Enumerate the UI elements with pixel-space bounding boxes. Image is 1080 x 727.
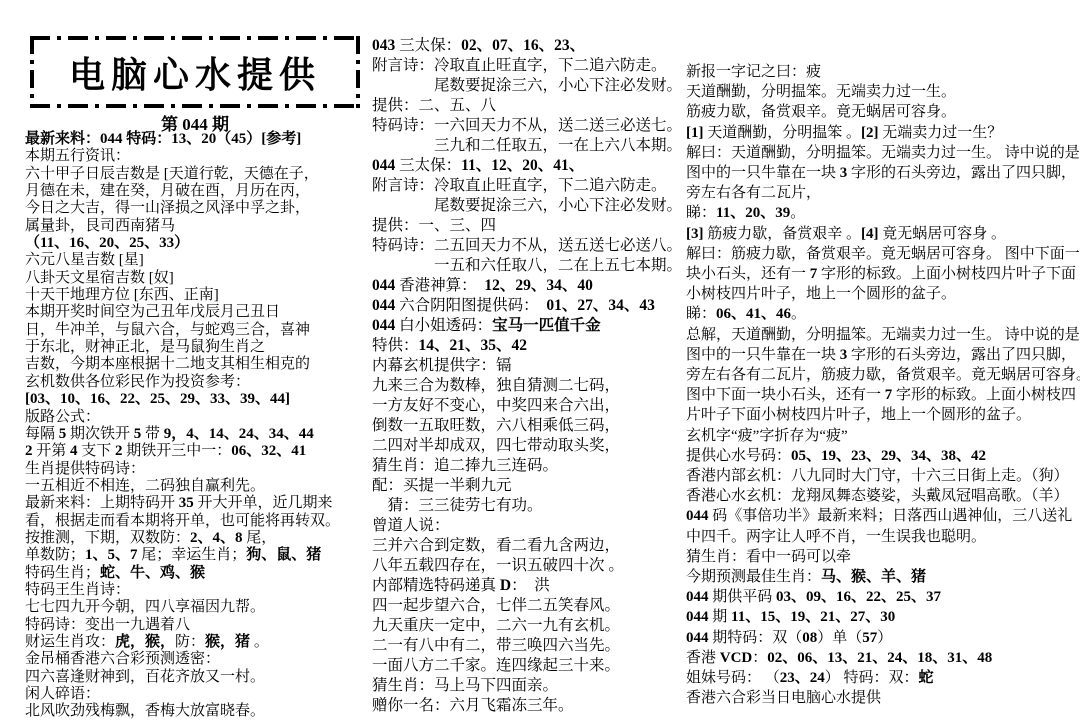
text-line: 猜生肖：马上马下四面亲。 bbox=[372, 676, 684, 696]
text-line: 香港六合彩当日电脑心水提供 bbox=[686, 688, 1080, 708]
text-line: 单数防；1、5、7 尾；幸运生肖；狗、鼠、猪 bbox=[25, 547, 373, 564]
text-segment: 六元八星吉数 [星] bbox=[25, 252, 144, 268]
text-segment: 尾， bbox=[243, 530, 277, 546]
text-segment: 提供：二、五、八 bbox=[372, 97, 496, 114]
text-line: 睇：11、20、39。 bbox=[686, 203, 1080, 223]
text-segment: 单数防； bbox=[25, 547, 85, 563]
text-line: 一五相近不相连，二码独自赢利先。 bbox=[25, 478, 373, 495]
text-segment: 六合阴阳图提供码： bbox=[395, 297, 546, 314]
text-line: 八年五载四存在，一识五破四十次 。 bbox=[372, 556, 684, 576]
text-segment: 三太保： bbox=[395, 37, 461, 54]
text-segment-bold: 57 bbox=[862, 630, 877, 646]
text-segment: 白小姐透码： bbox=[395, 317, 492, 334]
text-segment: 每隔 bbox=[25, 426, 59, 442]
text-segment: 旁左右各有二瓦片，筋疲力歇，备赏艰辛。竟无蜗居可容身。 bbox=[686, 367, 1080, 383]
text-line: 043 三太保：02、07、16、23、 bbox=[372, 36, 684, 56]
text-segment: 特码诗：一六回天力不从，送二送三必送七。 bbox=[372, 117, 682, 134]
text-line: 猜生肖：看中一码可以牵 bbox=[686, 547, 1080, 567]
text-line: 睇：06、41、46。 bbox=[686, 304, 1080, 324]
text-segment: 三并六合到定数，看二看九含两边， bbox=[372, 537, 620, 554]
text-line: 附言诗：冷取直止旺直字，下二追六防走。 bbox=[372, 176, 684, 196]
text-segment-bold: 蛇、牛、鸡、猴 bbox=[100, 565, 205, 581]
text-line: 姐妹号码： （23、24） 特码：双：蛇 bbox=[686, 668, 1080, 688]
text-segment-bold: 06、32、41 bbox=[231, 443, 306, 459]
text-segment-bold: 044 bbox=[372, 157, 395, 174]
text-segment: 提供：一、三、四 bbox=[372, 217, 496, 234]
text-segment-bold: 4 bbox=[70, 443, 78, 459]
text-line: 内幕玄机提供字：镉 bbox=[372, 356, 684, 376]
text-line: 今日之大吉，得一山泽损之风泽中孚之卦， bbox=[25, 200, 373, 217]
text-segment: 金吊桶香港六合彩预测透密： bbox=[25, 651, 220, 667]
text-segment: 四一起步望六合，七伴二五笑春风。 bbox=[372, 597, 620, 614]
text-segment-bold: 虎，猴， bbox=[115, 634, 175, 650]
text-segment: 一五相近不相连，二码独自赢利先。 bbox=[25, 478, 265, 494]
text-line: 尾数要捉涂三六，小心下注必发财。 bbox=[372, 196, 684, 216]
text-segment: ： bbox=[752, 650, 767, 666]
text-segment: 吉数，今期本座根据十二地支其相生相克的 bbox=[25, 356, 310, 372]
text-segment: 玄机字“疲”字折存为“疲” bbox=[686, 428, 848, 444]
text-line: 尾数要捉涂三六，小心下注必发财。 bbox=[372, 76, 684, 96]
text-segment: 开第 bbox=[33, 443, 71, 459]
text-line: 四六喜逢财神到，百花齐放又一村。 bbox=[25, 669, 373, 686]
text-segment: 版路公式： bbox=[25, 409, 100, 425]
text-line: 044 六合阴阳图提供码： 01、27、34、43 bbox=[372, 296, 684, 316]
text-segment: 猜生肖：马上马下四面亲。 bbox=[372, 677, 558, 694]
text-segment-bold: 宝马一匹值千金 bbox=[492, 317, 601, 334]
text-segment-bold: 02、07、16、23、 bbox=[461, 37, 585, 54]
text-segment: 无端卖力过一生？ bbox=[879, 125, 1003, 141]
text-segment: 八年五载四存在，一识五破四十次 。 bbox=[372, 557, 624, 574]
text-line: 中四千。两字让人呼不肖，一生误我也聪明。 bbox=[686, 527, 1080, 547]
text-segment-bold: 043 bbox=[372, 37, 395, 54]
text-segment: 提供心水号码： bbox=[686, 448, 791, 464]
text-line: 财运生肖攻：虎，猴，防：猴，猪 。 bbox=[25, 634, 373, 651]
text-line: 玄机数供各位彩民作为投资参考： bbox=[25, 374, 373, 391]
text-line: 提供心水号码：05、19、23、29、34、38、42 bbox=[686, 446, 1080, 466]
text-segment: ）单（ bbox=[817, 630, 862, 646]
text-segment: 竟无蜗居可容身 。 bbox=[879, 226, 1007, 242]
text-line: [1] 天道酬勤，分明揾笨 。[2] 无端卖力过一生？ bbox=[686, 123, 1080, 143]
text-segment: 内部精选特码递真 bbox=[372, 577, 500, 594]
text-segment: 香港 bbox=[686, 650, 720, 666]
text-segment: 期 bbox=[709, 609, 732, 625]
text-segment-bold: 03、09、16、22、25、37 bbox=[776, 589, 941, 605]
text-line: 八卦天文星宿吉数 [奴] bbox=[25, 270, 373, 287]
text-line: 044 白小姐透码：宝马一匹值千金 bbox=[372, 316, 684, 336]
text-segment: 于东北，财神正北，是马鼠狗生肖之 bbox=[25, 339, 265, 355]
text-line: 图中的一只牛靠在一块 3 字形的石头旁边，露出了四只脚， bbox=[686, 163, 1080, 183]
text-segment-bold: 23、24 bbox=[780, 670, 825, 686]
text-segment: 字形的石头旁边，露出了四只脚， bbox=[847, 347, 1076, 363]
text-segment: 码《事倍功半》最新来料；日落西山遇神仙，三八送礼 bbox=[709, 508, 1073, 524]
text-segment: 今期预测最佳生肖： bbox=[686, 569, 821, 585]
text-segment-bold: 06、41、46 bbox=[716, 306, 791, 322]
text-line: 九天重庆一定中，二六一九有玄机。 bbox=[372, 616, 684, 636]
text-segment-bold: 2 bbox=[25, 443, 33, 459]
text-segment: 尾；幸运生肖； bbox=[138, 547, 247, 563]
text-segment: 一面八方二千家。连四缘起三十来。 bbox=[372, 657, 620, 674]
page-title: 电脑心水提供 bbox=[30, 36, 360, 108]
text-segment: 字形的石头旁边，露出了四只脚， bbox=[847, 165, 1076, 181]
text-segment: 图中下面一块小石头，还有一 bbox=[686, 387, 885, 403]
text-segment-bold: [03、10、16、22、25、29、33、39、44] bbox=[25, 391, 290, 407]
text-segment: 北风吹劲残梅飘，香梅大放富晓春。 bbox=[25, 703, 265, 719]
text-segment: 图中的一只牛靠在一块 bbox=[686, 347, 840, 363]
text-line: 配：买提一半剩九元 bbox=[372, 476, 684, 496]
text-line: 2 开第 4 支下 2 期铁开三中一：06、32、41 bbox=[25, 443, 373, 460]
text-segment: 支下 bbox=[78, 443, 116, 459]
text-segment: 解曰：天道酬勤，分明揾笨。无端卖力过一生。 诗中说的是 bbox=[686, 145, 1080, 161]
text-segment: 期次铁开 bbox=[66, 426, 134, 442]
text-line: 特码诗：二五回天力不从，送五送七必送八。 bbox=[372, 236, 684, 256]
text-segment: 七七四九开今朝，四八享福因九帮。 bbox=[25, 599, 265, 615]
text-segment: 特码诗：二五回天力不从，送五送七必送八。 bbox=[372, 237, 682, 254]
text-line: 一五和六任取八，二在上五七本期。 bbox=[372, 256, 684, 276]
text-segment-bold: 044 bbox=[372, 317, 395, 334]
text-segment-bold: 01、27、34、43 bbox=[546, 297, 655, 314]
text-segment: 三九和二任取五，一在上六八本期。 bbox=[372, 137, 682, 154]
text-segment: 总解，天道酬勤，分明揾笨。无端卖力过一生。 诗中说的是 bbox=[686, 327, 1080, 343]
text-segment: 赠你一名：六月飞霜冻三年。 bbox=[372, 697, 574, 714]
text-line: 看，根据走而看本期将开单，也可能将再转双。 bbox=[25, 513, 373, 530]
text-segment: 九来三合为数棒，独自猜测二七码， bbox=[372, 377, 620, 394]
text-segment: 期特码：双（ bbox=[709, 630, 803, 646]
text-line: 日，牛冲羊，与鼠六合，与蛇鸡三合，喜神 bbox=[25, 322, 373, 339]
text-segment-bold: 蛇 bbox=[919, 670, 934, 686]
text-line: 一面八方二千家。连四缘起三十来。 bbox=[372, 656, 684, 676]
text-line: 新报一字记之曰：疲 bbox=[686, 62, 1080, 82]
text-segment: 。 bbox=[250, 634, 269, 650]
text-segment-bold: 11、12、20、41、 bbox=[461, 157, 584, 174]
text-segment: 尾数要捉涂三六，小心下注必发财。 bbox=[372, 77, 682, 94]
text-segment-bold: 2、4、8 bbox=[190, 530, 243, 546]
text-segment: 期铁开三中一： bbox=[123, 443, 232, 459]
text-line: 解曰：天道酬勤，分明揾笨。无端卖力过一生。 诗中说的是 bbox=[686, 143, 1080, 163]
text-line: 按推测，下期，双数防：2、4、8 尾， bbox=[25, 530, 373, 547]
text-segment: 按推测，下期，双数防： bbox=[25, 530, 190, 546]
text-segment: 猜生肖：追二捧九三连码。 bbox=[372, 457, 558, 474]
text-line: 044 三太保：11、12、20、41、 bbox=[372, 156, 684, 176]
text-line: 块小石头，还有一 7 字形的标致。上面小树枝四片叶子下面 bbox=[686, 264, 1080, 284]
text-segment-bold: [3] bbox=[686, 226, 704, 242]
text-segment: 本期五行资讯： bbox=[25, 148, 130, 164]
text-segment: 睇： bbox=[686, 205, 716, 221]
text-line: 三并六合到定数，看二看九含两边， bbox=[372, 536, 684, 556]
text-line: 044 期 11、15、19、21、27、30 bbox=[686, 607, 1080, 627]
text-segment: 睇： bbox=[686, 306, 716, 322]
text-segment-bold: [4] bbox=[861, 226, 879, 242]
text-line: 曾道人说： bbox=[372, 516, 684, 536]
text-line: 特码诗：一六回天力不从，送二送三必送七。 bbox=[372, 116, 684, 136]
text-line: 每隔 5 期次铁开 5 带 9，4、14、24、34、44 bbox=[25, 426, 373, 443]
text-segment: 图中的一只牛靠在一块 bbox=[686, 165, 840, 181]
text-segment: 。 bbox=[790, 205, 805, 221]
text-segment: 八卦天文星宿吉数 [奴] bbox=[25, 270, 174, 286]
text-segment: 防： bbox=[175, 634, 205, 650]
text-line: 旁左右各有二瓦片，筋疲力歇，备赏艰辛。竟无蜗居可容身。 bbox=[686, 365, 1080, 385]
text-line: 图中下面一块小石头，还有一 7 字形的标致。上面小树枝四 bbox=[686, 385, 1080, 405]
text-line: 044 码《事倍功半》最新来料；日落西山遇神仙，三八送礼 bbox=[686, 506, 1080, 526]
text-line: 044 期供平码 03、09、16、22、25、37 bbox=[686, 587, 1080, 607]
text-line: 提供：二、五、八 bbox=[372, 96, 684, 116]
text-segment: 猜生肖：看中一码可以牵 bbox=[686, 549, 851, 565]
text-segment: 六十甲子日辰吉数是 [天道行乾，天德在子， bbox=[25, 166, 319, 182]
text-segment: 一方友好不变心，中奖四来合六出， bbox=[372, 397, 620, 414]
text-line: 044 期特码：双（08）单（57） bbox=[686, 628, 1080, 648]
text-line: 044 香港神算： 12、29、34、40 bbox=[372, 276, 684, 296]
text-segment-bold: VCD bbox=[720, 650, 753, 666]
text-segment: 字形的标致。上面小树枝四片叶子下面 bbox=[817, 266, 1076, 282]
text-segment: 。 bbox=[791, 306, 806, 322]
text-line: 香港 VCD：02、06、13、21、24、18、31、48 bbox=[686, 648, 1080, 668]
text-segment: 筋疲力歇，备赏艰辛。竟无蜗居可容身。 bbox=[686, 104, 956, 120]
text-line: 二四对半却成双，四七带动取头奖， bbox=[372, 436, 684, 456]
text-segment: 字形的标致。上面小树枝四 bbox=[892, 387, 1076, 403]
text-segment: 附言诗：冷取直止旺直字，下二追六防走。 bbox=[372, 177, 667, 194]
text-segment: 小树枝四片叶子，地上一个圆形的盆子。 bbox=[686, 286, 956, 302]
text-line: 图中的一只牛靠在一块 3 字形的石头旁边，露出了四只脚， bbox=[686, 345, 1080, 365]
text-segment-bold: 2 bbox=[115, 443, 123, 459]
text-line: 六元八星吉数 [星] bbox=[25, 252, 373, 269]
text-line: 于东北，财神正北，是马鼠狗生肖之 bbox=[25, 339, 373, 356]
text-segment: 玄机数供各位彩民作为投资参考： bbox=[25, 374, 250, 390]
text-segment: 天道酬勤，分明揾笨 。 bbox=[704, 125, 862, 141]
text-line: 闲人碎语： bbox=[25, 686, 373, 703]
title-box: 电脑心水提供 bbox=[30, 36, 360, 108]
text-segment: 香港内部玄机：八九同时大门守，十六三日街上走。（狗） bbox=[686, 468, 1069, 484]
text-segment-bold: 044 bbox=[686, 609, 709, 625]
text-segment: 闲人碎语： bbox=[25, 686, 100, 702]
text-segment-bold: D bbox=[500, 577, 511, 594]
text-segment-bold: 044 bbox=[686, 630, 709, 646]
text-segment: ： 洪 bbox=[511, 577, 550, 594]
text-line: 旁左右各有二瓦片， bbox=[686, 183, 1080, 203]
text-segment: 附言诗：冷取直止旺直字，下二追六防走。 bbox=[372, 57, 667, 74]
text-segment: 尾数要捉涂三六，小心下注必发财。 bbox=[372, 197, 682, 214]
text-line: 版路公式： bbox=[25, 409, 373, 426]
text-segment: 特码诗：变出一九遇着八 bbox=[25, 617, 190, 633]
text-segment: ） bbox=[877, 630, 892, 646]
text-segment: 特供： bbox=[372, 337, 419, 354]
text-segment-bold: 044 bbox=[372, 277, 395, 294]
text-line: 本期开奖时间空为己丑年戊辰月己丑日 bbox=[25, 304, 373, 321]
text-segment: 三太保： bbox=[395, 157, 461, 174]
text-segment: 二四对半却成双，四七带动取头奖， bbox=[372, 437, 620, 454]
text-line: 天道酬勤，分明揾笨。无端卖力过一生。 bbox=[686, 82, 1080, 102]
text-segment-bold: [1] bbox=[686, 125, 704, 141]
text-segment: 筋疲力歇，备赏艰辛 。 bbox=[704, 226, 862, 242]
text-line: 七七四九开今朝，四八享福因九帮。 bbox=[25, 599, 373, 616]
text-segment: 生肖提供特码诗： bbox=[25, 461, 145, 477]
text-segment-bold: 14、21、35、42 bbox=[419, 337, 528, 354]
text-segment: 特码王生肖诗： bbox=[25, 582, 130, 598]
text-line: 本期五行资讯： bbox=[25, 148, 373, 165]
text-segment: 香港六合彩当日电脑心水提供 bbox=[686, 690, 881, 706]
column-right: 新报一字记之曰：疲天道酬勤，分明揾笨。无端卖力过一生。筋疲力歇，备赏艰辛。竟无蜗… bbox=[686, 62, 1080, 709]
text-line: 特供：14、21、35、42 bbox=[372, 336, 684, 356]
text-segment-bold: （11、16、20、25、33） bbox=[25, 235, 189, 251]
text-segment: 天道酬勤，分明揾笨。无端卖力过一生。 bbox=[686, 84, 956, 100]
text-segment: 片叶子下面小树枝四片叶子，地上一个圆形的盆子。 bbox=[686, 407, 1031, 423]
text-line: 今期预测最佳生肖：马、猴、羊、猪 bbox=[686, 567, 1080, 587]
text-segment-bold: 12、29、34、40 bbox=[484, 277, 593, 294]
text-segment: 新报一字记之曰：疲 bbox=[686, 64, 821, 80]
text-line: 六十甲子日辰吉数是 [天道行乾，天德在子， bbox=[25, 166, 373, 183]
text-line: 九来三合为数棒，独自猜测二七码， bbox=[372, 376, 684, 396]
text-line: 三九和二任取五，一在上六八本期。 bbox=[372, 136, 684, 156]
text-segment: 旁左右各有二瓦片， bbox=[686, 185, 821, 201]
text-segment: 特码生肖； bbox=[25, 565, 100, 581]
text-line: 片叶子下面小树枝四片叶子，地上一个圆形的盆子。 bbox=[686, 405, 1080, 425]
text-line: 金吊桶香港六合彩预测透密： bbox=[25, 651, 373, 668]
text-segment-bold: 08 bbox=[802, 630, 817, 646]
text-line: 猜：三三徒劳七有功。 bbox=[372, 496, 684, 516]
text-line: 内部精选特码递真 D： 洪 bbox=[372, 576, 684, 596]
text-segment-bold: 11、15、19、21、27、30 bbox=[731, 609, 895, 625]
text-segment: 开大开单，近几期来 bbox=[194, 495, 333, 511]
text-segment: 十天干地理方位 [东西、正南] bbox=[25, 287, 219, 303]
text-line: 筋疲力歇，备赏艰辛。竟无蜗居可容身。 bbox=[686, 102, 1080, 122]
text-line: 北风吹劲残梅飘，香梅大放富晓春。 bbox=[25, 703, 373, 720]
text-line: 猜生肖：追二捧九三连码。 bbox=[372, 456, 684, 476]
text-line: 吉数，今期本座根据十二地支其相生相克的 bbox=[25, 356, 373, 373]
text-segment: 今日之大吉，得一山泽损之风泽中孚之卦， bbox=[25, 200, 310, 216]
text-segment-bold: 最新来料：044 特码：13、20（45）[参考] bbox=[25, 131, 301, 147]
text-line: 一方友好不变心，中奖四来合六出， bbox=[372, 396, 684, 416]
text-line: 特码王生肖诗： bbox=[25, 582, 373, 599]
text-segment: 配：买提一半剩九元 bbox=[372, 477, 512, 494]
text-segment: 期供平码 bbox=[709, 589, 777, 605]
document-page: 电脑心水提供 第 044 期 最新来料：044 特码：13、20（45）[参考]… bbox=[0, 0, 1080, 727]
text-segment: 看，根据走而看本期将开单，也可能将再转双。 bbox=[25, 513, 340, 529]
text-segment: 解曰：筋疲力歇，备赏艰辛。竟无蜗居可容身。 图中下面一 bbox=[686, 246, 1080, 262]
text-segment-bold: 11、20、39 bbox=[716, 205, 790, 221]
text-segment: ） 特码：双： bbox=[825, 670, 919, 686]
text-line: 生肖提供特码诗： bbox=[25, 461, 373, 478]
text-segment-bold: 044 bbox=[686, 508, 709, 524]
text-segment: 财运生肖攻： bbox=[25, 634, 115, 650]
column-middle: 043 三太保：02、07、16、23、附言诗：冷取直止旺直字，下二追六防走。 … bbox=[372, 36, 684, 716]
text-line: 总解，天道酬勤，分明揾笨。无端卖力过一生。 诗中说的是 bbox=[686, 325, 1080, 345]
text-line: 附言诗：冷取直止旺直字，下二追六防走。 bbox=[372, 56, 684, 76]
text-line: 玄机字“疲”字折存为“疲” bbox=[686, 426, 1080, 446]
text-line: 月德在未，建在癸，月破在酉，月历在丙， bbox=[25, 183, 373, 200]
text-line: 解曰：筋疲力歇，备赏艰辛。竟无蜗居可容身。 图中下面一 bbox=[686, 244, 1080, 264]
text-line: 提供：一、三、四 bbox=[372, 216, 684, 236]
text-segment-bold: 猴，猪 bbox=[205, 634, 250, 650]
text-segment-bold: 1、5、7 bbox=[85, 547, 138, 563]
text-line: [03、10、16、22、25、29、33、39、44] bbox=[25, 391, 373, 408]
text-segment: 九天重庆一定中，二六一九有玄机。 bbox=[372, 617, 620, 634]
text-segment: 香港神算： bbox=[395, 277, 484, 294]
text-segment: 中四千。两字让人呼不肖，一生误我也聪明。 bbox=[686, 529, 986, 545]
text-segment-bold: 044 bbox=[372, 297, 395, 314]
text-segment: 猜：三三徒劳七有功。 bbox=[372, 497, 543, 514]
text-segment-bold: 044 bbox=[686, 589, 709, 605]
text-line: （11、16、20、25、33） bbox=[25, 235, 373, 252]
text-segment: 最新来料：上期特码开 bbox=[25, 495, 179, 511]
text-segment: 一五和六任取八，二在上五七本期。 bbox=[372, 257, 682, 274]
text-line: 倒数一五取旺数，六八相乘低三码， bbox=[372, 416, 684, 436]
text-segment-bold: 9，4、14、24、34、44 bbox=[164, 426, 314, 442]
text-segment: 姐妹号码： （ bbox=[686, 670, 780, 686]
text-segment: 倒数一五取旺数，六八相乘低三码， bbox=[372, 417, 620, 434]
text-line: 特码生肖；蛇、牛、鸡、猴 bbox=[25, 565, 373, 582]
text-segment: 四六喜逢财神到，百花齐放又一村。 bbox=[25, 669, 265, 685]
text-line: [3] 筋疲力歇，备赏艰辛 。[4] 竟无蜗居可容身 。 bbox=[686, 224, 1080, 244]
text-line: 香港内部玄机：八九同时大门守，十六三日街上走。（狗） bbox=[686, 466, 1080, 486]
text-segment: 内幕玄机提供字：镉 bbox=[372, 357, 512, 374]
text-segment: 曾道人说： bbox=[372, 517, 450, 534]
text-line: 二一有八中有二，带三唤四六当先。 bbox=[372, 636, 684, 656]
text-segment-bold: 02、06、13、21、24、18、31、48 bbox=[767, 650, 992, 666]
text-segment-bold: 05、19、23、29、34、38、42 bbox=[791, 448, 986, 464]
text-segment: 块小石头，还有一 bbox=[686, 266, 810, 282]
text-line: 四一起步望六合，七伴二五笑春风。 bbox=[372, 596, 684, 616]
text-segment: 日，牛冲羊，与鼠六合，与蛇鸡三合，喜神 bbox=[25, 322, 310, 338]
text-segment: 本期开奖时间空为己丑年戊辰月己丑日 bbox=[25, 304, 280, 320]
text-line: 十天干地理方位 [东西、正南] bbox=[25, 287, 373, 304]
text-segment-bold: 马、猴、羊、猪 bbox=[821, 569, 926, 585]
text-line: 特码诗：变出一九遇着八 bbox=[25, 617, 373, 634]
text-line: 最新来料：上期特码开 35 开大开单，近几期来 bbox=[25, 495, 373, 512]
text-segment-bold: 狗、鼠、猪 bbox=[246, 547, 321, 563]
text-line: 赠你一名：六月飞霜冻三年。 bbox=[372, 696, 684, 716]
text-segment: 二一有八中有二，带三唤四六当先。 bbox=[372, 637, 620, 654]
text-segment: 月德在未，建在癸，月破在酉，月历在丙， bbox=[25, 183, 310, 199]
text-segment-bold: [2] bbox=[861, 125, 879, 141]
text-segment: 属量卦，艮司西南猪马 bbox=[25, 218, 175, 234]
text-line: 香港心水玄机：龙翔凤舞态婆娑，头戴凤冠唱高歌。（羊） bbox=[686, 486, 1080, 506]
text-line: 最新来料：044 特码：13、20（45）[参考] bbox=[25, 131, 373, 148]
text-segment: 带 bbox=[141, 426, 164, 442]
text-line: 属量卦，艮司西南猪马 bbox=[25, 218, 373, 235]
text-line: 小树枝四片叶子，地上一个圆形的盆子。 bbox=[686, 284, 1080, 304]
text-segment-bold: 35 bbox=[179, 495, 194, 511]
column-left: 最新来料：044 特码：13、20（45）[参考]本期五行资讯：六十甲子日辰吉数… bbox=[25, 131, 373, 721]
text-segment: 香港心水玄机：龙翔凤舞态婆娑，头戴凤冠唱高歌。（羊） bbox=[686, 488, 1069, 504]
